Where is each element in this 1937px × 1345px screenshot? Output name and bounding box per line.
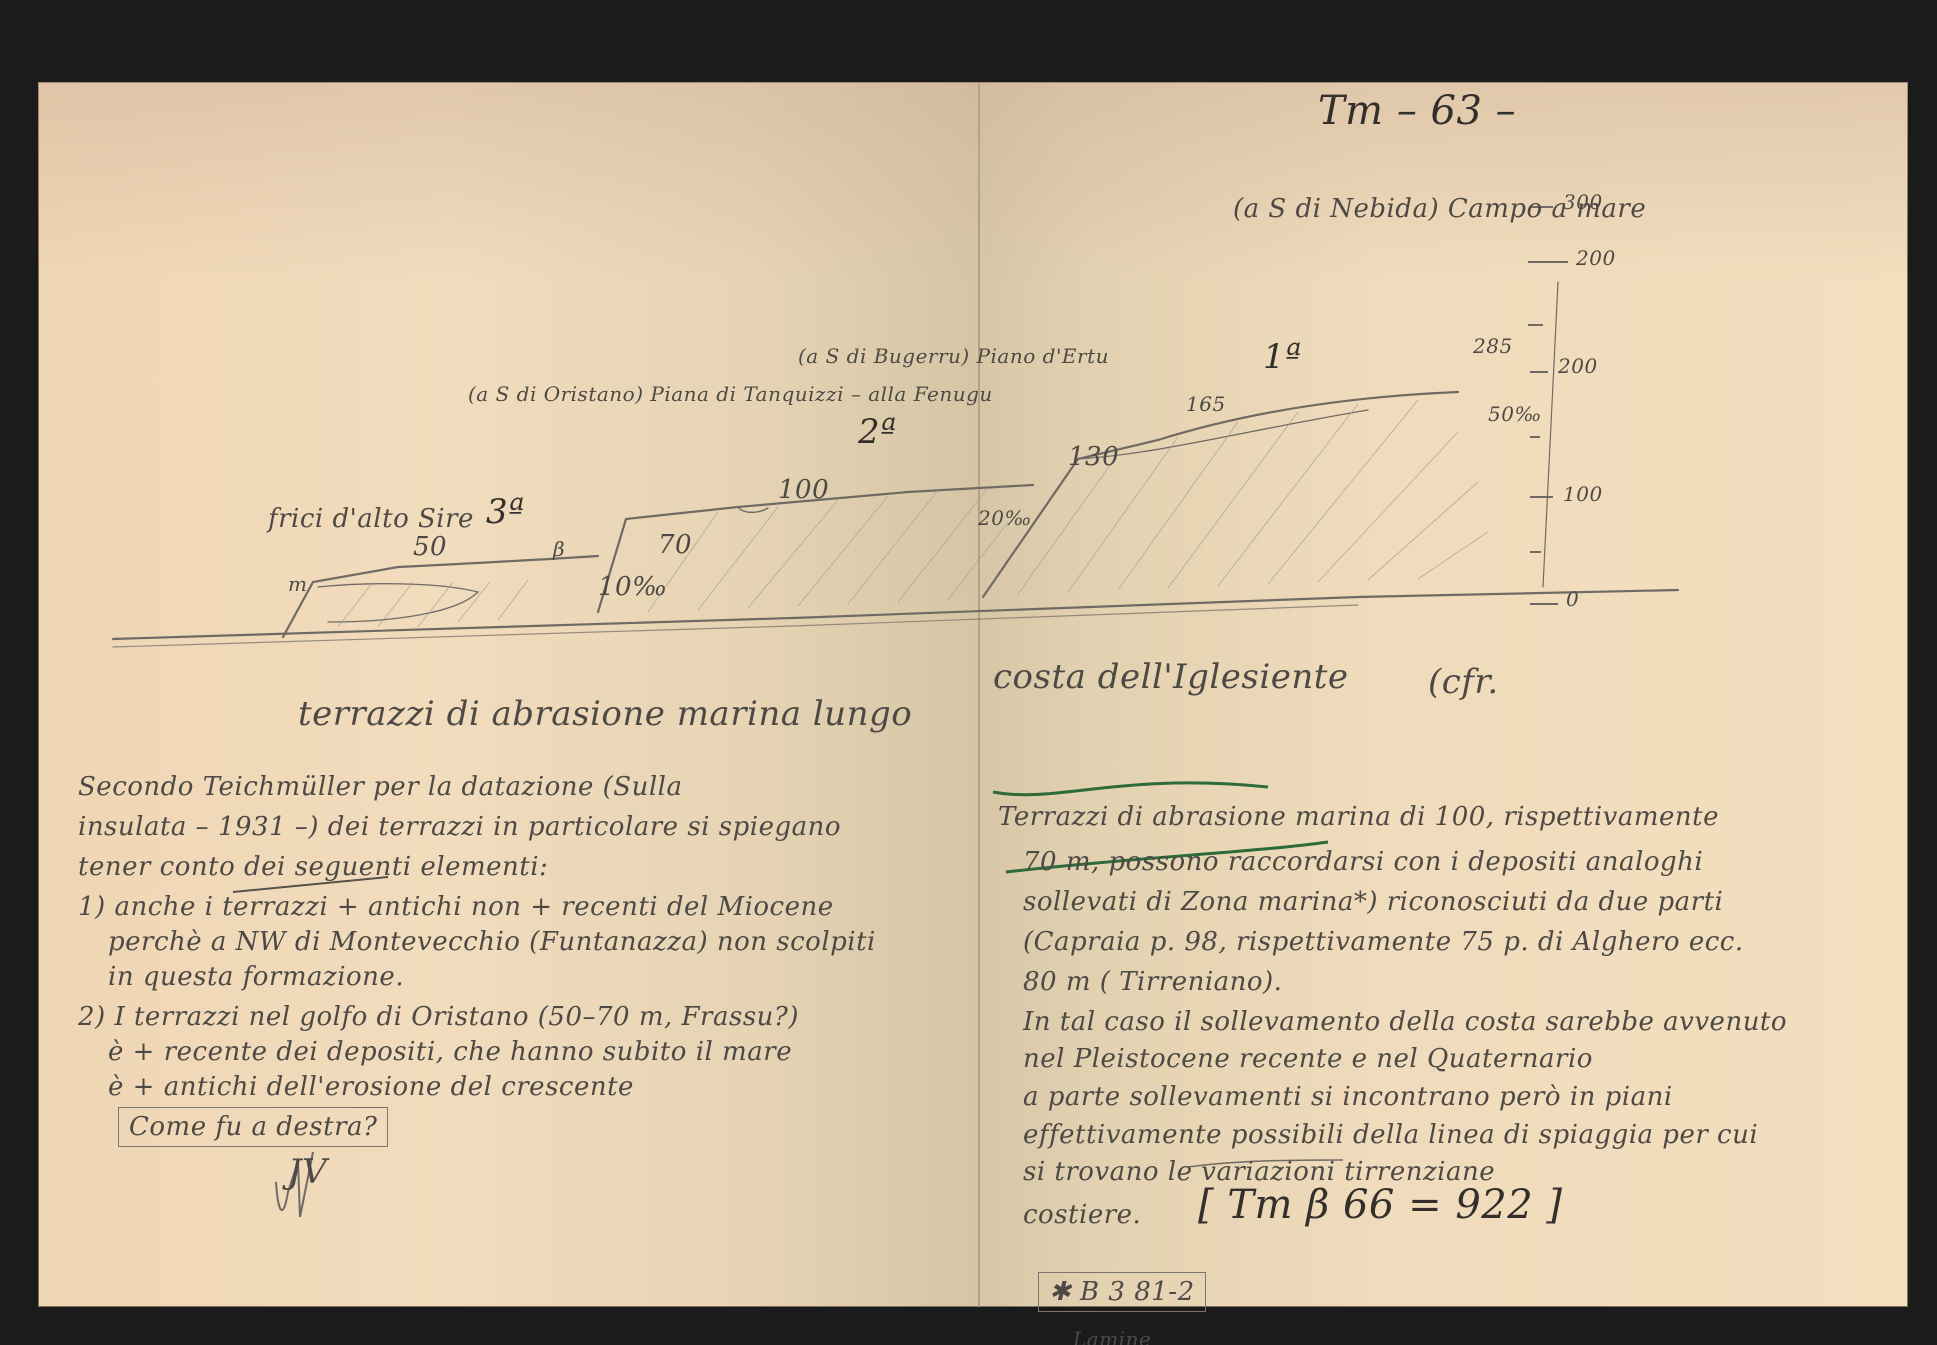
item-2-line-2: è + recente dei depositi, che hanno subi…	[108, 1037, 792, 1067]
item-2-line-3: è + antichi dell'erosione del crescente	[108, 1072, 634, 1102]
terrace-1-high: 285	[1473, 334, 1513, 358]
right-line-1: 70 m, possono raccordarsi con i depositi…	[1023, 847, 1703, 877]
page-id: Tm – 63 –	[1318, 88, 1516, 134]
right-line-2: sollevati di Zona marina*) riconosciuti …	[1023, 887, 1723, 917]
boxed-note: Come fu a destra?	[118, 1107, 388, 1147]
right-line-5: In tal caso il sollevamento della costa …	[1023, 1007, 1787, 1037]
right-line-10: costiere.	[1023, 1200, 1141, 1230]
archive-stamp-sub: Lamine	[1073, 1327, 1151, 1345]
m-left-mark: m	[288, 572, 307, 596]
initials: JV	[288, 1152, 327, 1192]
terrace-2-high: 130	[1068, 442, 1119, 472]
terrace-2-label: 2ª	[858, 412, 897, 452]
notebook-sheet: Tm – 63 – 300 200 200 100 0 (a S di Nebi…	[38, 82, 1908, 1307]
caption-right: costa dell'Iglesiente	[993, 657, 1349, 697]
terrace-1-note: (a S di Nebida) Campo a mare	[1233, 194, 1646, 224]
diagram-left-note: frici d'alto Sire	[268, 504, 474, 534]
scale-label-200: 200	[1558, 354, 1598, 378]
terrace-3-slope: 10‰	[598, 572, 667, 602]
terrace-3-label: 3ª	[486, 492, 525, 532]
terrace-3-low: 50	[413, 532, 447, 562]
beta-mark: β	[553, 537, 565, 561]
terrace-2-note: (a S di Bugerru) Piano d'Ertu	[798, 344, 1109, 368]
right-line-3: (Capraia p. 98, rispettivamente 75 p. di…	[1023, 927, 1744, 957]
item-1-line-3: in questa formazione.	[108, 962, 404, 992]
terrace-1-slope: 50‰	[1488, 402, 1542, 426]
right-line-4: 80 m ( Tirreniano).	[1023, 967, 1282, 997]
scale-label-100: 100	[1563, 482, 1603, 506]
terrace-3-high: 70	[658, 530, 692, 560]
caption-left: terrazzi di abrasione marina lungo	[298, 694, 912, 734]
intro-line-3: tener conto dei seguenti elementi:	[78, 852, 548, 882]
scale-label-200-upper: 200	[1576, 246, 1616, 270]
right-line-8: effettivamente possibili della linea di …	[1023, 1120, 1758, 1150]
reference-note: [ Tm β 66 = 922 ]	[1198, 1182, 1563, 1228]
archive-stamp: ✱ B 3 81-2	[1038, 1272, 1206, 1312]
terrace-1-label: 1ª	[1263, 337, 1302, 377]
item-2-line-1: 2) I terrazzi nel golfo di Oristano (50–…	[78, 1002, 799, 1032]
right-heading: Terrazzi di abrasione marina di 100, ris…	[998, 802, 1719, 832]
item-1-line-1: 1) anche i terrazzi + antichi non + rece…	[78, 892, 834, 922]
caption-marker: (cfr.	[1428, 662, 1499, 702]
scale-label-0: 0	[1566, 587, 1579, 611]
intro-line-1: Secondo Teichmüller per la datazione (Su…	[78, 772, 682, 802]
terrace-3-note: (a S di Oristano) Piana di Tanquizzi – a…	[468, 382, 993, 406]
terrace-1-low: 165	[1186, 392, 1226, 416]
item-1-line-2: perchè a NW di Montevecchio (Funtanazza)…	[108, 927, 876, 957]
terrace-2-slope: 20‰	[978, 506, 1032, 530]
intro-line-2: insulata – 1931 –) dei terrazzi in parti…	[78, 812, 841, 842]
terrace-2-low: 100	[778, 475, 829, 505]
right-line-6: nel Pleistocene recente e nel Quaternari…	[1023, 1044, 1593, 1074]
right-line-7: a parte sollevamenti si incontrano però …	[1023, 1082, 1673, 1112]
